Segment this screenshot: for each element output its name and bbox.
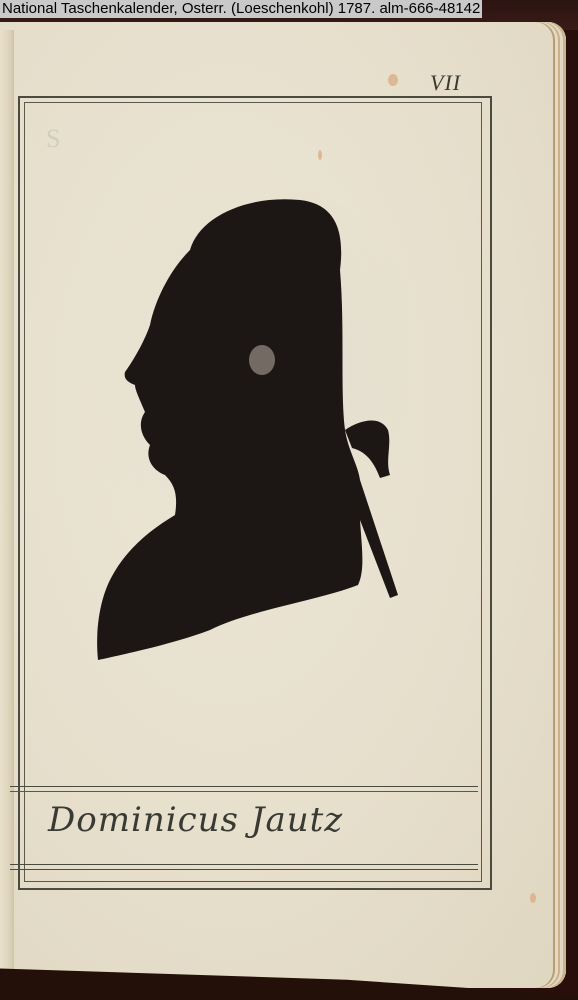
book-gutter	[0, 30, 14, 970]
portrait-name-inscription: Dominicus Jautz	[48, 800, 343, 840]
paper-stain	[388, 74, 398, 86]
caption-rule-top	[10, 786, 478, 792]
paper-stain	[318, 150, 322, 160]
paper-stain	[530, 893, 536, 903]
image-caption: National Taschenkalender, Osterr. (Loesc…	[0, 0, 482, 18]
silhouette-portrait	[90, 190, 410, 670]
caption-rule-bottom	[10, 864, 478, 870]
page-number: VII	[430, 70, 461, 96]
